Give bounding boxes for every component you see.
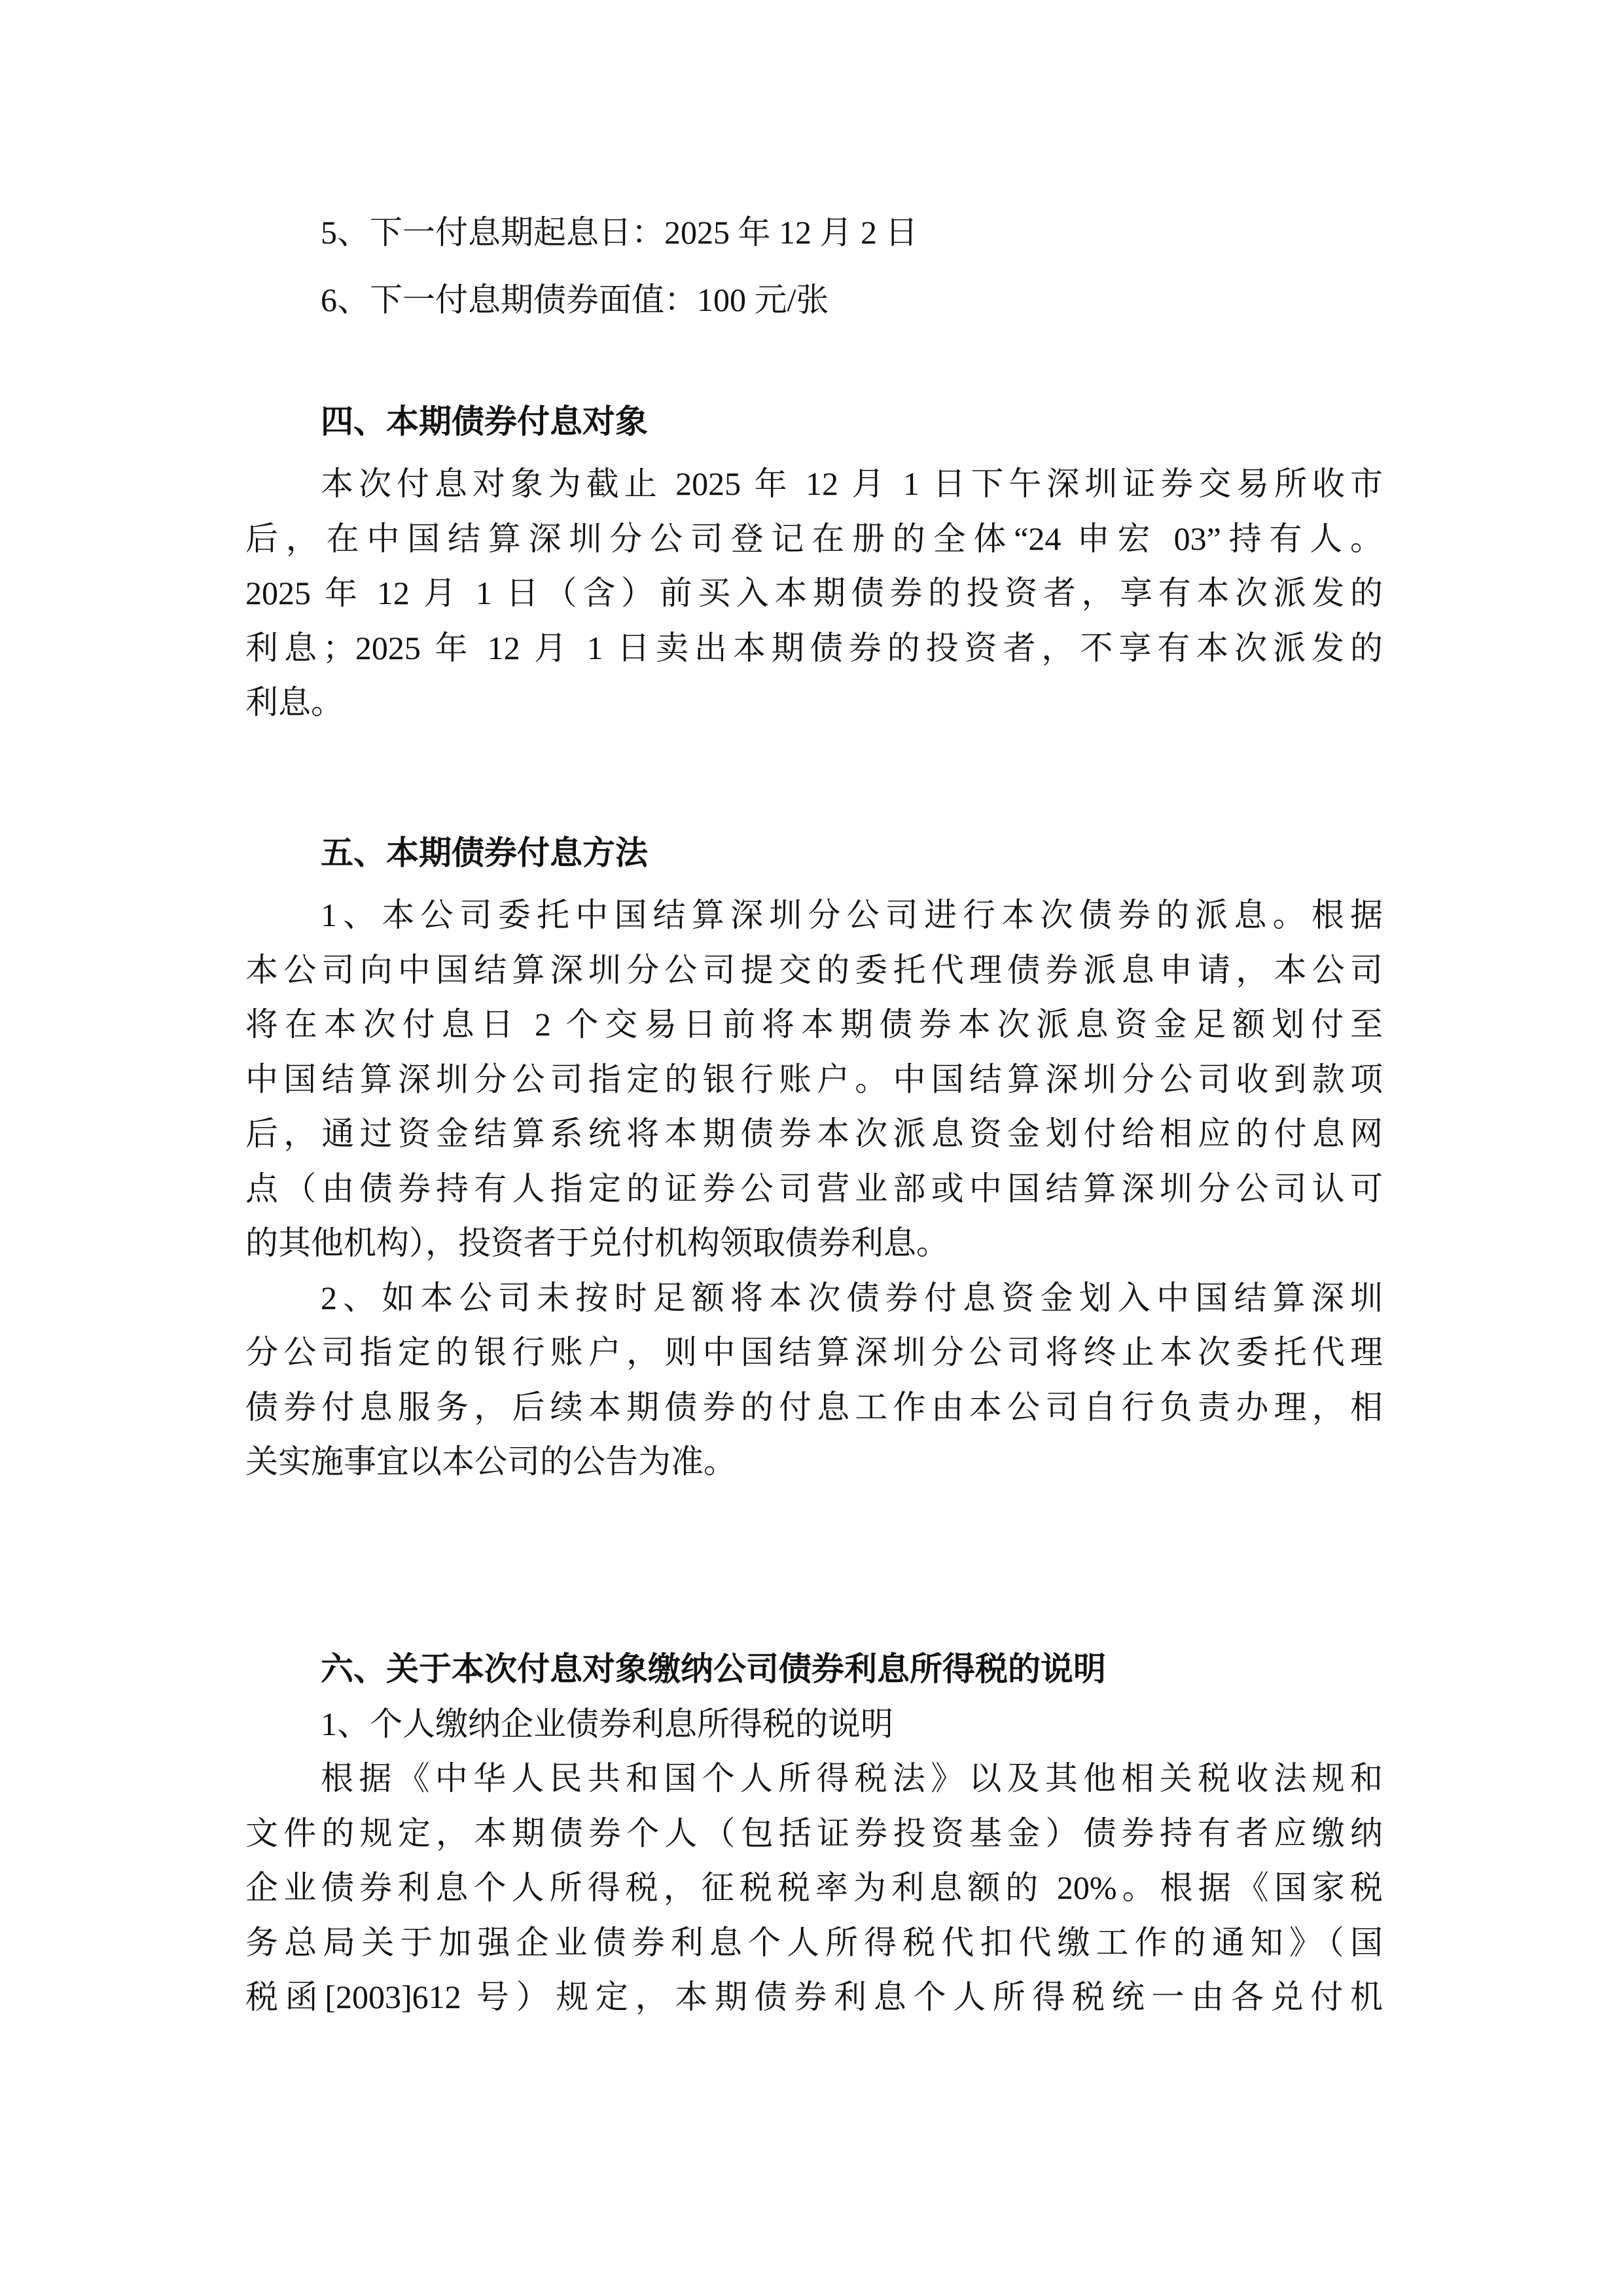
section-6-line-3: 企业债券利息个人所得税，征税税率为利息额的 20%。根据《国家税 <box>245 1868 1383 1907</box>
section-4-heading: 四、本期债券付息对象 <box>321 402 648 441</box>
section-5-para-1-line-2: 本公司向中国结算深圳分公司提交的委托代理债券派息申请，本公司 <box>245 950 1383 990</box>
section-6-line-1: 根据《中华人民共和国个人所得税法》以及其他相关税收法规和 <box>321 1759 1383 1798</box>
section-6-heading: 六、关于本次付息对象缴纳公司债券利息所得税的说明 <box>321 1649 1106 1689</box>
section-5-para-1-line-5: 后，通过资金结算系统将本期债券本次派息资金划付给相应的付息网 <box>245 1114 1383 1153</box>
section-4-line-2: 后，在中国结算深圳分公司登记在册的全体“24 申宏 03”持有人。 <box>245 519 1383 558</box>
section-4-line-1: 本次付息对象为截止 2025 年 12 月 1 日下午深圳证券交易所收市 <box>321 464 1383 503</box>
section-5-para-2-line-1: 2、如本公司未按时足额将本次债券付息资金划入中国结算深圳 <box>321 1278 1383 1318</box>
section-5-heading: 五、本期债券付息方法 <box>321 833 648 872</box>
item-5-next-accrual-start-date: 5、下一付息期起息日：2025 年 12 月 2 日 <box>321 213 918 252</box>
section-6-line-4: 务总局关于加强企业债券利息个人所得税代扣代缴工作的通知》（国 <box>245 1923 1383 1962</box>
section-4-line-3: 2025 年 12 月 1 日（含）前买入本期债券的投资者，享有本次派发的 <box>245 573 1383 613</box>
section-5-para-2-line-4: 关实施事宜以本公司的公告为准。 <box>245 1442 736 1481</box>
section-6-line-5: 税函[2003]612 号）规定，本期债券利息个人所得税统一由各兑付机 <box>245 1977 1383 2017</box>
section-5-para-1-line-3: 将在本次付息日 2 个交易日前将本期债券本次派息资金足额划付至 <box>245 1005 1383 1044</box>
section-5-para-2-line-3: 债券付息服务，后续本期债券的付息工作由本公司自行负责办理，相 <box>245 1388 1383 1427</box>
section-5-para-1-line-7: 的其他机构），投资者于兑付机构领取债券利息。 <box>245 1223 949 1263</box>
section-6-line-2: 文件的规定，本期债券个人（包括证券投资基金）债券持有者应缴纳 <box>245 1814 1383 1853</box>
section-5-para-1-line-1: 1、本公司委托中国结算深圳分公司进行本次债券的派息。根据 <box>321 895 1383 935</box>
section-4-line-5: 利息。 <box>245 683 344 722</box>
section-6-subheading: 1、个人缴纳企业债券利息所得税的说明 <box>321 1704 893 1744</box>
item-6-next-period-face-value: 6、下一付息期债券面值：100 元/张 <box>321 280 829 319</box>
section-5-para-1-line-6: 点（由债券持有人指定的证券公司营业部或中国结算深圳分公司认可 <box>245 1169 1383 1208</box>
section-4-line-4: 利息；2025 年 12 月 1 日卖出本期债券的投资者，不享有本次派发的 <box>245 628 1383 668</box>
section-5-para-2-line-2: 分公司指定的银行账户，则中国结算深圳分公司将终止本次委托代理 <box>245 1333 1383 1372</box>
section-5-para-1-line-4: 中国结算深圳分公司指定的银行账户。中国结算深圳分公司收到款项 <box>245 1060 1383 1099</box>
